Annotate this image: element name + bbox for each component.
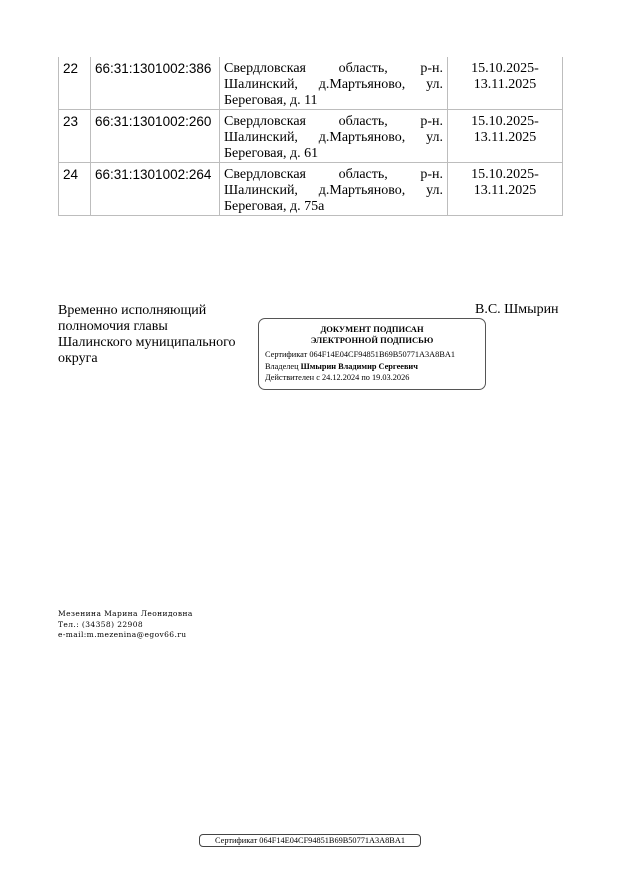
executor-contact: Мезенина Марина Леонидовна Тел.: (34358)… — [58, 609, 193, 641]
executor-name: Мезенина Марина Леонидовна — [58, 609, 193, 620]
signer-position: Временно исполняющий полномочия главы Ша… — [58, 303, 258, 367]
period: 15.10.2025-13.11.2025 — [448, 57, 563, 110]
address: Свердловская область, р-н.Шалинский, д.М… — [220, 110, 448, 163]
stamp-owner: Владелец Шмырин Владимир Сергеевич — [265, 361, 479, 373]
signer-name: В.С. Шмырин — [475, 302, 559, 318]
executor-phone: Тел.: (34358) 22908 — [58, 620, 193, 631]
cadastral-number: 66:31:1301002:264 — [91, 163, 220, 216]
table-row: 2266:31:1301002:386Свердловская область,… — [59, 57, 563, 110]
address: Свердловская область, р-н.Шалинский, д.М… — [220, 163, 448, 216]
period: 15.10.2025-13.11.2025 — [448, 110, 563, 163]
period: 15.10.2025-13.11.2025 — [448, 163, 563, 216]
footer-certificate: Сертификат 064F14E04CF94851B69B50771A3A8… — [199, 834, 421, 847]
stamp-certificate: Сертификат 064F14E04CF94851B69B50771A3A8… — [265, 349, 479, 361]
row-number: 23 — [59, 110, 91, 163]
row-number: 22 — [59, 57, 91, 110]
position-line: округа — [58, 351, 258, 367]
position-line: полномочия главы — [58, 319, 258, 335]
position-line: Шалинского муниципального — [58, 335, 258, 351]
table-row: 2366:31:1301002:260Свердловская область,… — [59, 110, 563, 163]
row-number: 24 — [59, 163, 91, 216]
objects-table: 2266:31:1301002:386Свердловская область,… — [58, 57, 563, 216]
position-line: Временно исполняющий — [58, 303, 258, 319]
electronic-signature-stamp: ДОКУМЕНТ ПОДПИСАН ЭЛЕКТРОННОЙ ПОДПИСЬЮ С… — [258, 318, 486, 390]
stamp-validity: Действителен с 24.12.2024 по 19.03.2026 — [265, 372, 479, 384]
document-page: 2266:31:1301002:386Свердловская область,… — [0, 0, 620, 877]
executor-email: e-mail:m.mezenina@egov66.ru — [58, 630, 193, 641]
table-row: 2466:31:1301002:264Свердловская область,… — [59, 163, 563, 216]
cadastral-number: 66:31:1301002:260 — [91, 110, 220, 163]
stamp-title-2: ЭЛЕКТРОННОЙ ПОДПИСЬЮ — [265, 335, 479, 346]
stamp-title-1: ДОКУМЕНТ ПОДПИСАН — [265, 324, 479, 335]
cadastral-number: 66:31:1301002:386 — [91, 57, 220, 110]
address: Свердловская область, р-н.Шалинский, д.М… — [220, 57, 448, 110]
